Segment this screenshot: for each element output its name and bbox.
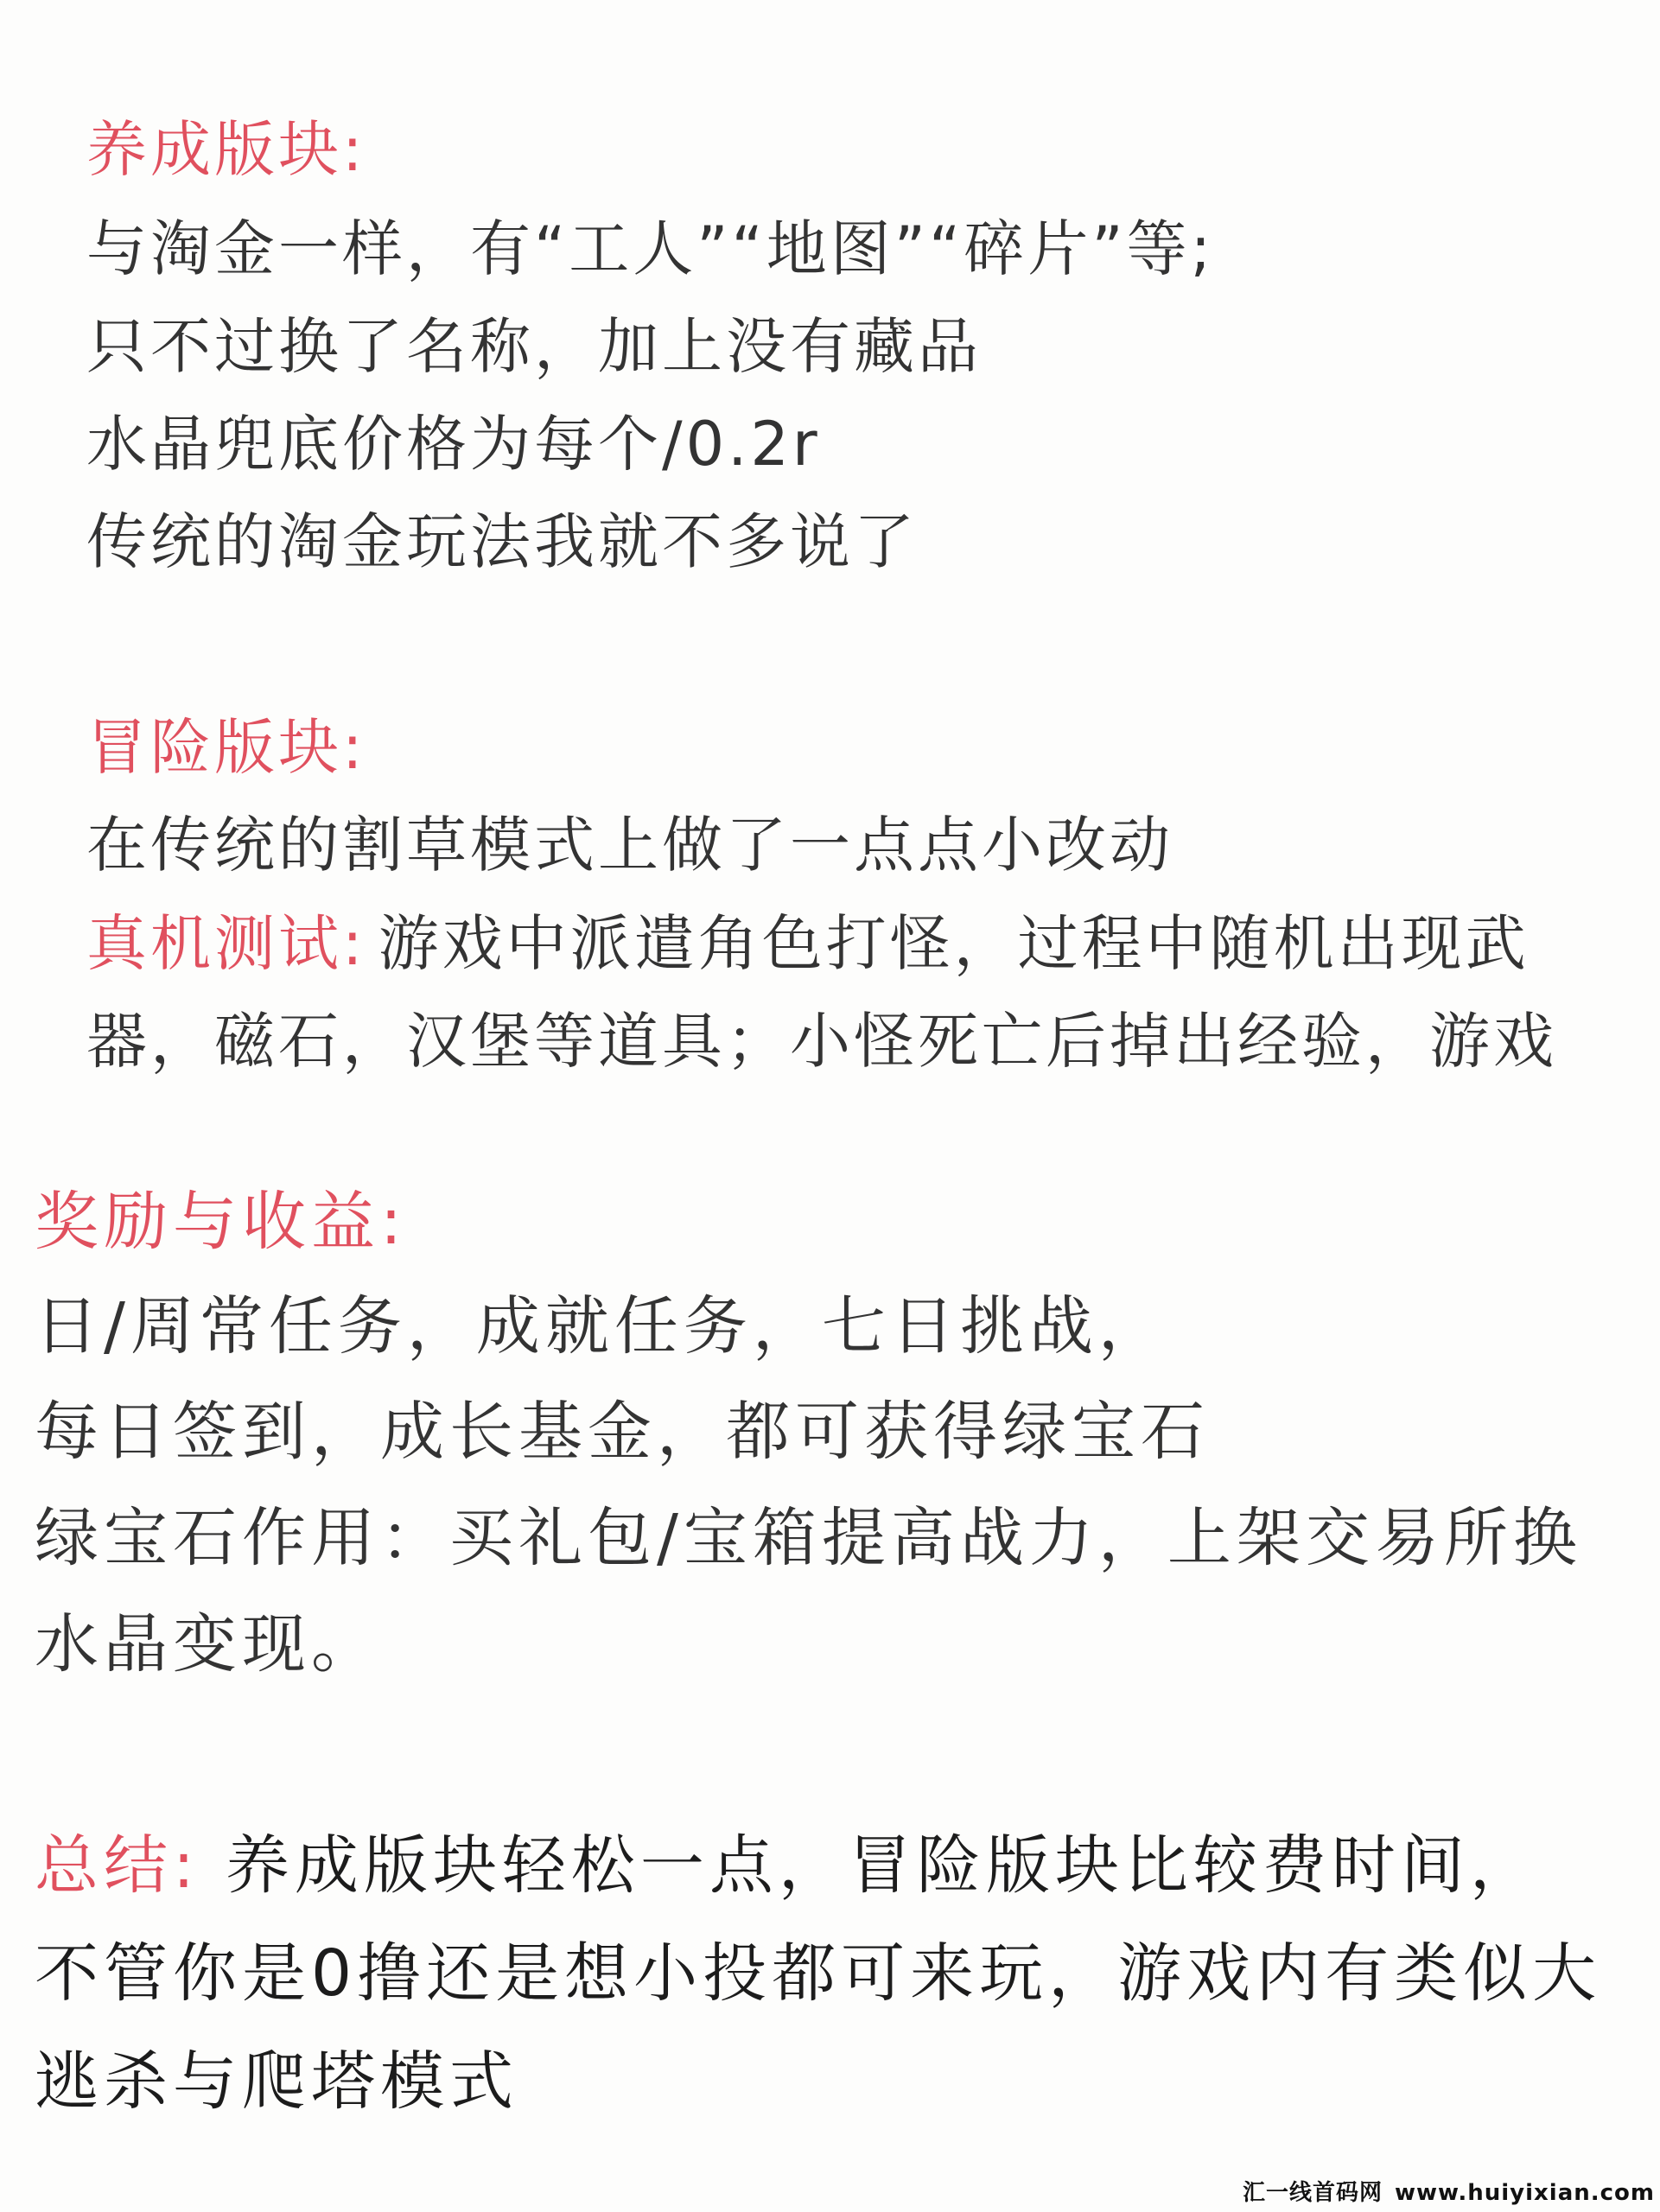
summary-line-1: 总结:养成版块轻松一点，冒险版块比较费时间， (35, 1834, 1539, 1897)
nurture-line-3: 水晶兜底价格为每个/0.2r (86, 414, 821, 474)
adventure-test-line-2: 器，磁石，汉堡等道具；小怪死亡后掉出经验，游戏 (86, 1011, 1557, 1071)
watermark: 汇一线首码网www.huiyixian.com (1243, 2175, 1655, 2207)
section-heading-nurture: 养成版块: (86, 119, 366, 180)
summary-text-1: 养成版块轻松一点，冒险版块比较费时间， (226, 1828, 1539, 1903)
nurture-line-1: 与淘金一样，有“工人”“地图”“碎片”等; (86, 219, 1214, 279)
rewards-line-2: 每日签到，成长基金，都可获得绿宝石 (35, 1400, 1210, 1464)
watermark-site-name: 汇一线首码网 (1243, 2180, 1383, 2206)
summary-line-3: 逃杀与爬塔模式 (35, 2050, 518, 2113)
section-heading-rewards: 奖励与收益: (35, 1190, 407, 1254)
rewards-line-1: 日/周常任务，成就任务，七日挑战， (35, 1294, 1167, 1358)
test-label: 真机测试: (86, 908, 366, 979)
nurture-line-2: 只不过换了名称，加上没有藏品 (86, 316, 982, 377)
watermark-url: www.huiyixian.com (1395, 2180, 1655, 2206)
summary-line-2: 不管你是0撸还是想小投都可来玩，游戏内有类似大 (35, 1942, 1601, 2005)
test-text-1: 游戏中派遣角色打怪，过程中随机出现武 (378, 908, 1530, 979)
rewards-line-3: 绿宝石作用：买礼包/宝箱提高战力，上架交易所换 (35, 1506, 1582, 1570)
rewards-line-4: 水晶变现。 (35, 1612, 380, 1676)
summary-label: 总结: (35, 1828, 200, 1903)
nurture-line-4: 传统的淘金玩法我就不多说了 (86, 512, 918, 572)
adventure-line-1: 在传统的割草模式上做了一点点小改动 (86, 815, 1173, 875)
section-heading-adventure: 冒险版块: (86, 717, 366, 778)
adventure-test-line-1: 真机测试:游戏中派遣角色打怪，过程中随机出现武 (86, 913, 1530, 974)
